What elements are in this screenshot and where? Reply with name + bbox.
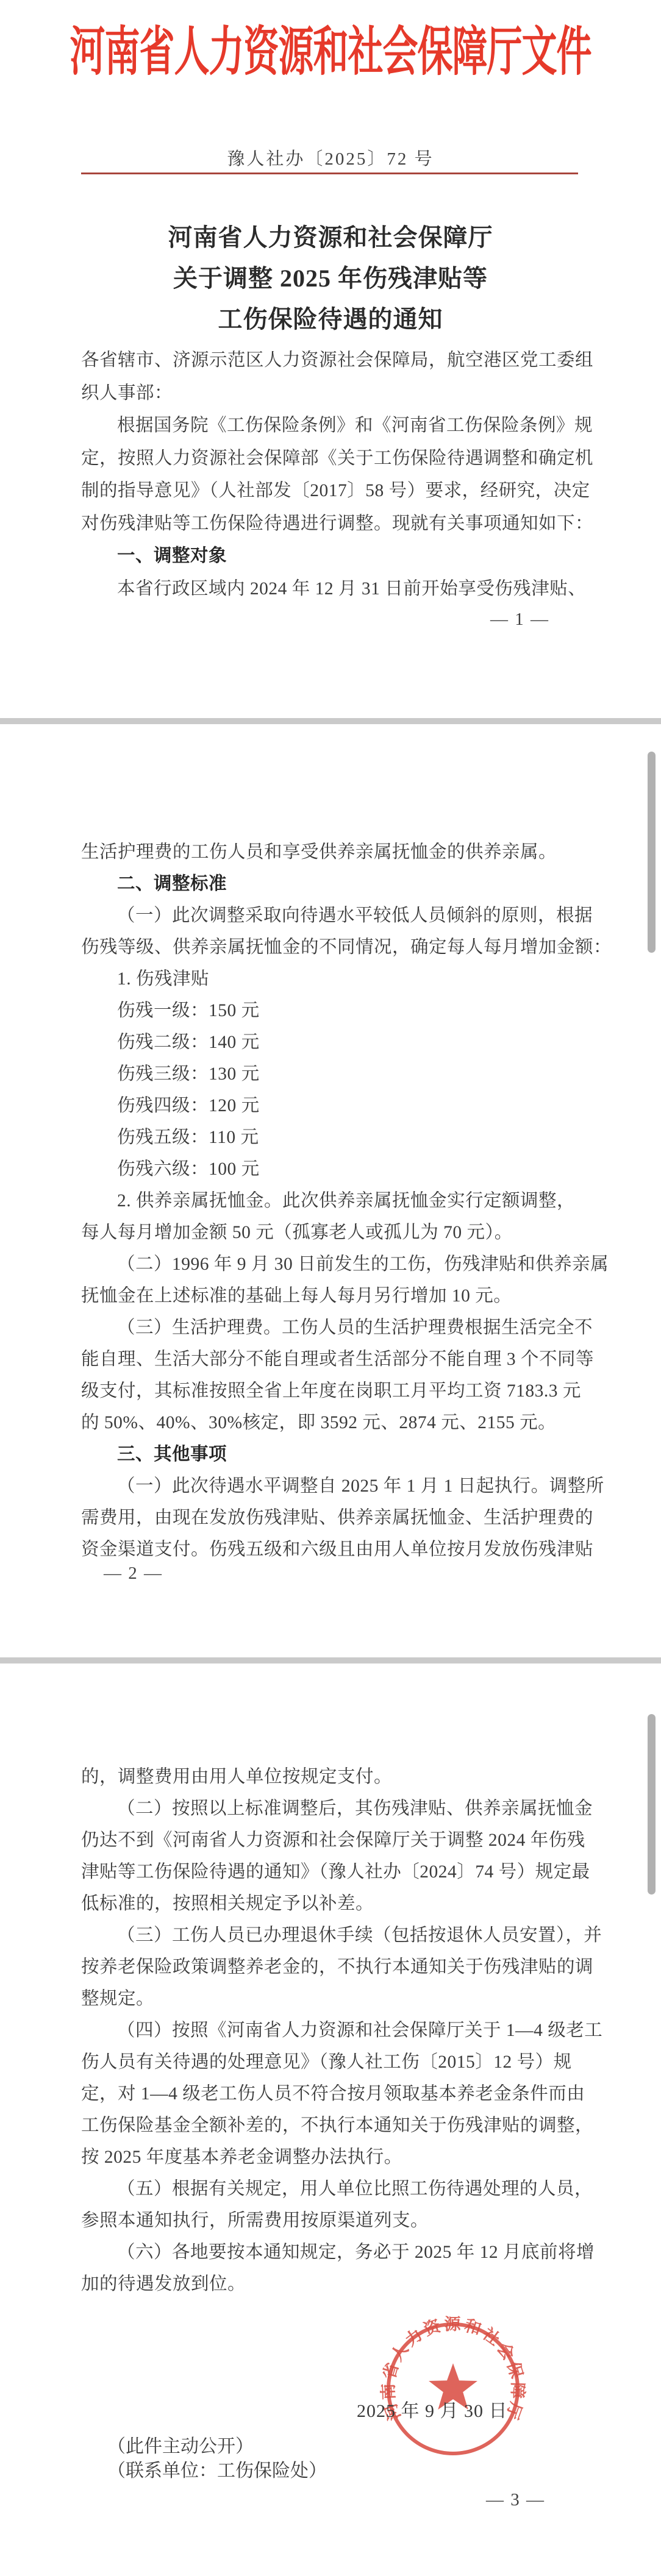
text-line: 各省辖市、济源示范区人力资源社会保障局，航空港区党工委组	[81, 344, 582, 377]
document-title-line: 工伤保险待遇的通知	[0, 299, 661, 340]
document-title-line: 河南省人力资源和社会保障厅	[0, 217, 661, 258]
text-line: （三）工伤人员已办理退休手续（包括按退休人员安置），并	[81, 1920, 582, 1951]
text-line: 低标准的，按照相关规定予以补差。	[81, 1888, 582, 1920]
text-line: 定，对 1—4 级老工伤人员不符合按月领取基本养老金条件而由	[81, 2078, 582, 2110]
text-line: 的，调整费用由用人单位按规定支付。	[81, 1761, 582, 1793]
page-3-body: 的，调整费用由用人单位按规定支付。 （二）按照以上标准调整后，其伤残津贴、供养亲…	[81, 1761, 582, 2300]
page-number: — 1 —	[490, 610, 549, 630]
text-line: 定，按照人力资源社会保障部《关于工伤保险待遇调整和确定机	[81, 443, 582, 475]
scrollbar-thumb[interactable]	[648, 752, 656, 953]
red-divider-rule	[81, 173, 578, 174]
text-line: 的 50%、40%、30%核定，即 3592 元、2874 元、2155 元。	[81, 1407, 582, 1439]
text-line: 每人每月增加金额 50 元（孤寡老人或孤儿为 70 元）。	[81, 1217, 582, 1248]
document-title-line: 关于调整 2025 年伤残津贴等	[0, 258, 661, 299]
page-gap-divider	[0, 1657, 661, 1663]
text-line: 工伤保险基金全额补差的，不执行本通知关于伤残津贴的调整，	[81, 2110, 582, 2141]
allowance-item: 伤残三级：130 元	[81, 1058, 582, 1090]
text-line: 根据国务院《工伤保险条例》和《河南省工伤保险条例》规	[81, 410, 582, 443]
text-line: 加的待遇发放到位。	[81, 2268, 582, 2300]
official-seal: 河南省人力资源和社会保障厅	[375, 2311, 531, 2467]
document-viewer: 河南省人力资源和社会保障厅文件 豫人社办〔2025〕72 号 河南省人力资源和社…	[0, 0, 661, 2576]
page-1-body: 各省辖市、济源示范区人力资源社会保障局，航空港区党工委组 织人事部： 根据国务院…	[81, 344, 582, 605]
text-line: 制的指导意见》（人社部发〔2017〕58 号）要求，经研究，决定	[81, 475, 582, 508]
text-line: 津贴等工伤保险待遇的通知》（豫人社办〔2024〕74 号）规定最	[81, 1856, 582, 1888]
contact-unit-note: （联系单位：工伤保险处）	[107, 2455, 327, 2482]
text-line: （二）按照以上标准调整后，其伤残津贴、供养亲属抚恤金	[81, 1793, 582, 1824]
page-gap-divider	[0, 718, 661, 724]
page-number: — 3 —	[486, 2490, 545, 2510]
text-line: （一）此次调整采取向待遇水平较低人员倾斜的原则，根据	[81, 900, 582, 931]
scrollbar-thumb[interactable]	[648, 1714, 656, 1895]
page-2-body: 生活护理费的工伤人员和享受供养亲属抚恤金的供养亲属。 二、调整标准 （一）此次调…	[81, 836, 582, 1565]
text-line: 仍达不到《河南省人力资源和社会保障厅关于调整 2024 年伤残	[81, 1824, 582, 1856]
text-line: 2. 供养亲属抚恤金。此次供养亲属抚恤金实行定额调整，	[81, 1185, 582, 1217]
text-line: 参照本通知执行，所需费用按原渠道列支。	[81, 2205, 582, 2236]
text-line: 需费用，由现在发放伤残津贴、供养亲属抚恤金、生活护理费的	[81, 1502, 582, 1534]
allowance-item: 伤残六级：100 元	[81, 1153, 582, 1185]
text-line: 按养老保险政策调整养老金的，不执行本通知关于伤残津贴的调	[81, 1951, 582, 1983]
text-line: 伤人员有关待遇的处理意见》（豫人社工伤〔2015〕12 号）规	[81, 2046, 582, 2078]
document-number: 豫人社办〔2025〕72 号	[0, 145, 661, 170]
text-line: 对伤残津贴等工伤保险待遇进行调整。现就有关事项通知如下：	[81, 508, 582, 541]
issue-date: 2025 年 9 月 30 日	[357, 2396, 508, 2422]
allowance-item: 伤残二级：140 元	[81, 1026, 582, 1058]
text-line: （三）生活护理费。工伤人员的生活护理费根据生活完全不	[81, 1312, 582, 1343]
text-line: 1. 伤残津贴	[81, 963, 582, 995]
text-line: 本省行政区域内 2024 年 12 月 31 日前开始享受伤残津贴、	[81, 573, 582, 606]
allowance-item: 伤残一级：150 元	[81, 995, 582, 1026]
section-heading: 一、调整对象	[81, 540, 582, 573]
text-line: 资金渠道支付。伤残五级和六级且由用人单位按月发放伤残津贴	[81, 1534, 582, 1565]
allowance-item: 伤残五级：110 元	[81, 1122, 582, 1153]
document-title: 河南省人力资源和社会保障厅 关于调整 2025 年伤残津贴等 工伤保险待遇的通知	[0, 217, 661, 340]
page-2: 生活护理费的工伤人员和享受供养亲属抚恤金的供养亲属。 二、调整标准 （一）此次调…	[0, 724, 661, 1657]
text-line: （五）根据有关规定，用人单位比照工伤待遇处理的人员，	[81, 2173, 582, 2205]
text-line: （四）按照《河南省人力资源和社会保障厅关于 1—4 级老工	[81, 2015, 582, 2046]
text-line: 织人事部：	[81, 377, 582, 410]
text-line: 生活护理费的工伤人员和享受供养亲属抚恤金的供养亲属。	[81, 836, 582, 868]
text-line: 伤残等级、供养亲属抚恤金的不同情况，确定每人每月增加金额：	[81, 931, 582, 963]
text-line: 整规定。	[81, 1983, 582, 2015]
text-line: 能自理、生活大部分不能自理或者生活部分不能自理 3 个不同等	[81, 1343, 582, 1375]
allowance-item: 伤残四级：120 元	[81, 1090, 582, 1122]
page-1: 河南省人力资源和社会保障厅文件 豫人社办〔2025〕72 号 河南省人力资源和社…	[0, 0, 661, 718]
page-number: — 2 —	[104, 1564, 163, 1584]
text-line: （一）此次待遇水平调整自 2025 年 1 月 1 日起执行。调整所	[81, 1470, 582, 1502]
section-heading: 二、调整标准	[81, 868, 582, 900]
text-line: （二）1996 年 9 月 30 日前发生的工伤，伤残津贴和供养亲属	[81, 1248, 582, 1280]
text-line: 级支付，其标准按照全省上年度在岗职工月平均工资 7183.3 元	[81, 1375, 582, 1407]
section-heading: 三、其他事项	[81, 1439, 582, 1470]
page-3: 的，调整费用由用人单位按规定支付。 （二）按照以上标准调整后，其伤残津贴、供养亲…	[0, 1663, 661, 2576]
text-line: 按 2025 年度基本养老金调整办法执行。	[81, 2141, 582, 2173]
text-line: （六）各地要按本通知规定，务必于 2025 年 12 月底前将增	[81, 2236, 582, 2268]
red-letterhead-banner: 河南省人力资源和社会保障厅文件	[0, 9, 661, 85]
disclosure-note: （此件主动公开）	[107, 2431, 254, 2458]
text-line: 抚恤金在上述标准的基础上每人每月另行增加 10 元。	[81, 1280, 582, 1312]
